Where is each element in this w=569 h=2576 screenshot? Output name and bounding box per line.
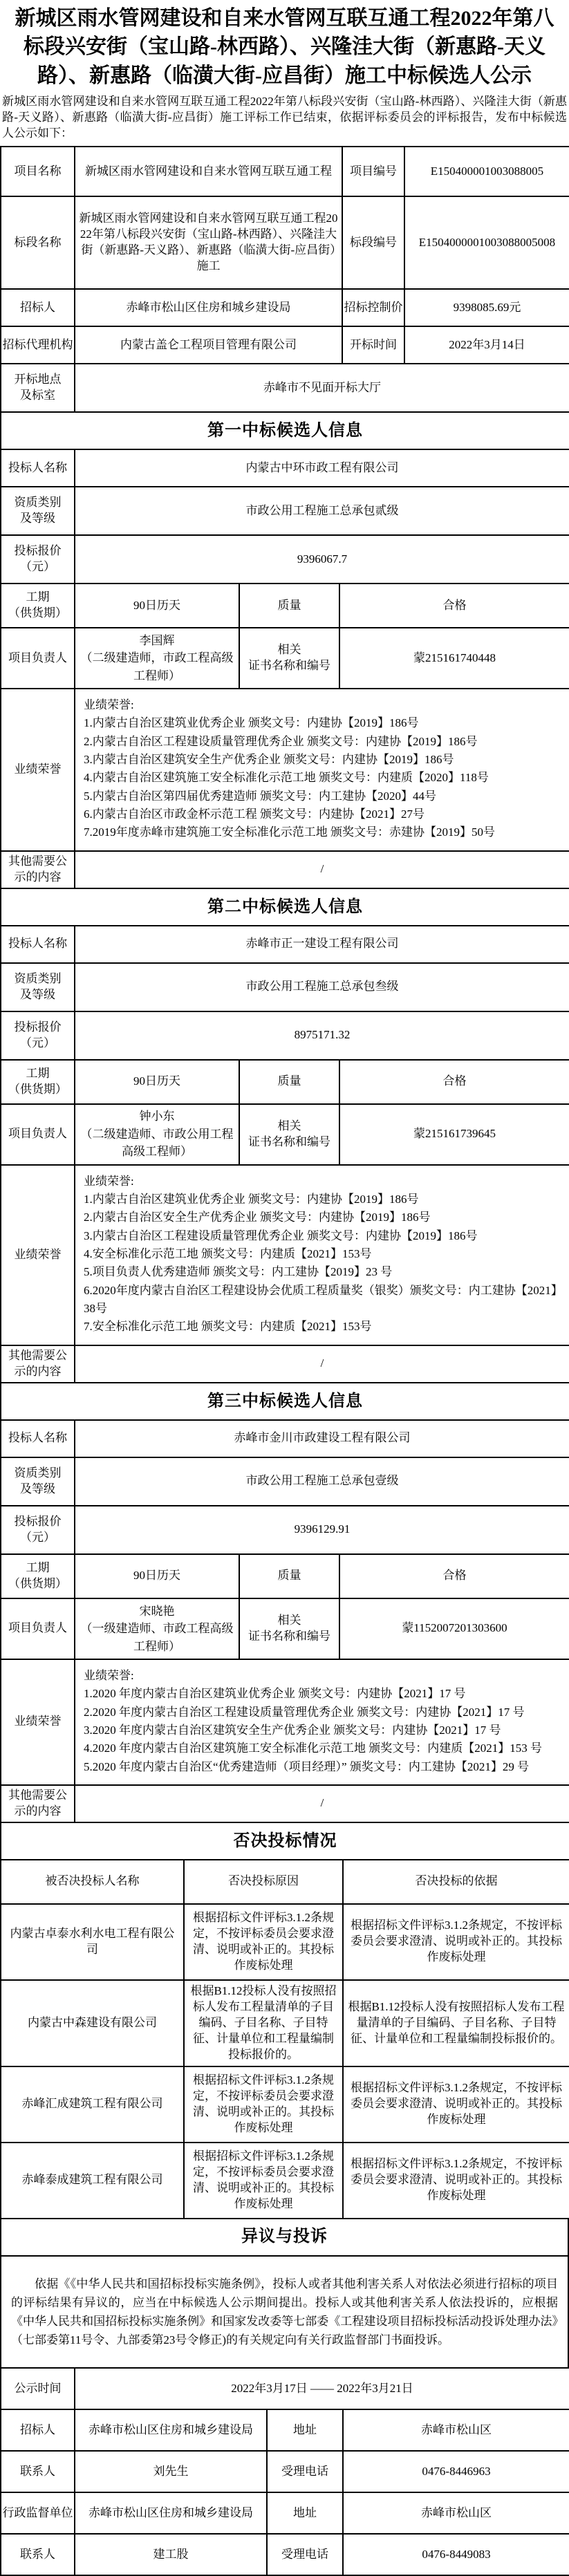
- qualification-label: 资质类别 及等级: [1, 963, 75, 1011]
- qualification-value: 市政公用工程施工总承包贰级: [75, 487, 569, 535]
- honors-list: 业绩荣誉: 1.2020 年度内蒙古自治区建筑业优秀企业 颁奖文号：内建协【20…: [75, 1659, 569, 1785]
- table-row: 第二中标候选人信息: [1, 888, 569, 926]
- table-row: 资质类别 及等级 市政公用工程施工总承包叁级: [1, 963, 569, 1011]
- page-title: 新城区雨水管网建设和自来水管网互联互通工程2022年第八标段兴安街（宝山路-林西…: [0, 0, 569, 93]
- leader-label: 项目负责人: [1, 1104, 75, 1165]
- table-row: 工期 （供货期） 90日历天 质量 合格: [1, 1554, 569, 1598]
- honor-item: 2.2020 年度内蒙古自治区工程建设质量管理优秀企业 颁奖文号：内建协【202…: [84, 1704, 562, 1721]
- footer-phone-value: 0476-8446963: [343, 2451, 569, 2492]
- cert-label: 相关 证书名称和编号: [239, 1104, 339, 1165]
- honor-item: 5.内蒙古自治区第四届优秀建造师 颁奖文号：内工建协【2020】44号: [84, 787, 562, 805]
- quality-value: 合格: [339, 1060, 569, 1104]
- footer-tenderer-value: 赤峰市松山区住房和城乡建设局: [75, 2409, 267, 2451]
- honors-title: 业绩荣誉:: [84, 1667, 562, 1685]
- intro-text: 新城区雨水管网建设和自来水管网互联互通工程2022年第八标段兴安街（宝山路-林西…: [0, 93, 569, 146]
- footer-address-label: 地址: [267, 2492, 343, 2534]
- bidder-name-value: 赤峰市正一建设工程有限公司: [75, 926, 569, 963]
- honors-title: 业绩荣誉:: [84, 1173, 562, 1191]
- cert-value: 蒙1152007201303600: [339, 1598, 569, 1659]
- honors-title: 业绩荣誉:: [84, 696, 562, 714]
- table-row: 否决投标情况: [1, 1822, 569, 1860]
- leader-name: 钟小东: [79, 1108, 235, 1126]
- table-row: 开标地点 及标室 赤峰市不见面开标大厅: [1, 364, 569, 412]
- objection-section-title: 异议与投诉: [1, 2219, 568, 2256]
- leader-name: 宋晓艳: [79, 1603, 235, 1621]
- table-row: 项目名称 新城区雨水管网建设和自来水管网互联互通工程 项目编号 E1504000…: [1, 147, 569, 196]
- candidate-2-table: 第二中标候选人信息 投标人名称 赤峰市正一建设工程有限公司 资质类别 及等级 市…: [0, 888, 569, 1383]
- table-row: 其他需要公 示的内容 /: [1, 851, 569, 888]
- honor-item: 7.安全标准化示范工地 颁奖文号：内建质【2021】153号: [84, 1318, 562, 1336]
- table-row: 联系人 建工股 受理电话 0476-8449083: [1, 2534, 569, 2575]
- bid-price-label: 投标报价 （元）: [1, 1506, 75, 1554]
- honor-item: 6.2020年度内蒙古自治区工程建设协会优质工程质量奖（银奖）颁奖文号：内工建协…: [84, 1282, 562, 1318]
- agency-label: 招标代理机构: [1, 326, 75, 364]
- honor-item: 2.内蒙古自治区工程建设质量管理优秀企业 颁奖文号：内建协【2019】186号: [84, 733, 562, 751]
- reject-reason: 根据招标文件评标3.1.2条规定，不按评标委员会要求澄清、说明或补正的。其投标作…: [184, 1904, 343, 1980]
- honor-item: 7.2019年度赤峰市建筑施工安全标准化示范工地 颁奖文号：赤建协【2019】5…: [84, 823, 562, 841]
- footer-address-value: 赤峰市松山区: [343, 2492, 569, 2534]
- footer-phone-value: 0476-8449083: [343, 2534, 569, 2575]
- quality-value: 合格: [339, 584, 569, 628]
- objection-body-cell: 依据《《中华人民共和国招标投标实施条例》，投标人或者其他利害关系人对依法必须进行…: [1, 2256, 568, 2369]
- quality-label: 质量: [239, 1554, 339, 1598]
- other-value: /: [75, 851, 569, 888]
- reject-reason: 根据B1.12投标人没有按照招标人发布工程量清单的子目编码、子目名称、子目特征、…: [184, 1980, 343, 2066]
- qualification-label: 资质类别 及等级: [1, 1457, 75, 1506]
- bidder-name-value: 内蒙古中环市政工程有限公司: [75, 449, 569, 487]
- table-row: 招标代理机构 内蒙古盖仑工程项目管理有限公司 开标时间 2022年3月14日: [1, 326, 569, 364]
- honors-label: 业绩荣誉: [1, 1659, 75, 1785]
- honor-item: 5.2020 年度内蒙古自治区“优秀建造师（项目经理）” 颁奖文号：内工建协【2…: [84, 1758, 562, 1776]
- bid-price-label: 投标报价 （元）: [1, 535, 75, 584]
- leader-title: （二级建造师、市政公用工程高级工程师）: [79, 1126, 235, 1161]
- honor-item: 6.内蒙古自治区市政金杯示范工程 颁奖文号：内建协【2021】27号: [84, 805, 562, 823]
- table-row: 投标人名称 赤峰市金川市政建设工程有限公司: [1, 1420, 569, 1457]
- tenderer-value: 赤峰市松山区住房和城乡建设局: [75, 289, 342, 326]
- footer-supervisor-label: 行政监督单位: [1, 2492, 75, 2534]
- table-row: 联系人 刘先生 受理电话 0476-8446963: [1, 2451, 569, 2492]
- candidate-1-section-title: 第一中标候选人信息: [1, 412, 569, 449]
- bid-price-label: 投标报价 （元）: [1, 1011, 75, 1060]
- bidder-name-label: 投标人名称: [1, 1420, 75, 1457]
- honors-list: 业绩荣誉: 1.内蒙古自治区建筑业优秀企业 颁奖文号：内建协【2019】186号…: [75, 689, 569, 851]
- rejection-section-title: 否决投标情况: [1, 1822, 569, 1860]
- table-row: 业绩荣誉 业绩荣誉: 1.内蒙古自治区建筑业优秀企业 颁奖文号：内建协【2019…: [1, 1165, 569, 1345]
- rejection-table: 否决投标情况 被否决投标人名称 否决投标原因 否决投标的依据 内蒙古卓泰水利水电…: [0, 1822, 569, 2219]
- open-place-label: 开标地点 及标室: [1, 364, 75, 412]
- table-row: 公示时间 2022年3月17日 —— 2022年3月21日: [1, 2368, 569, 2409]
- publicity-time-value: 2022年3月17日 —— 2022年3月21日: [75, 2368, 569, 2409]
- honor-item: 4.内蒙古自治区建筑施工安全标准化示范工地 颁奖文号：内建质【2020】118号: [84, 769, 562, 787]
- footer-phone-label: 受理电话: [267, 2534, 343, 2575]
- table-row: 第三中标候选人信息: [1, 1383, 569, 1420]
- qualification-value: 市政公用工程施工总承包壹级: [75, 1457, 569, 1506]
- reject-basis: 根据招标文件评标3.1.2条规定，不按评标委员会要求澄清、说明或补正的。其投标作…: [343, 2143, 569, 2219]
- table-row: 工期 （供货期） 90日历天 质量 合格: [1, 584, 569, 628]
- footer-address-label: 地址: [267, 2409, 343, 2451]
- cert-value: 蒙215161740448: [339, 628, 569, 689]
- cert-label: 相关 证书名称和编号: [239, 1598, 339, 1659]
- project-info-table: 项目名称 新城区雨水管网建设和自来水管网互联互通工程 项目编号 E1504000…: [0, 146, 569, 413]
- table-row: 投标人名称 赤峰市正一建设工程有限公司: [1, 926, 569, 963]
- candidate-3-table: 第三中标候选人信息 投标人名称 赤峰市金川市政建设工程有限公司 资质类别 及等级…: [0, 1382, 569, 1823]
- leader-label: 项目负责人: [1, 628, 75, 689]
- honors-label: 业绩荣誉: [1, 1165, 75, 1345]
- footer-contact-value: 建工股: [75, 2534, 267, 2575]
- honor-item: 3.内蒙古自治区工程建设质量管理优秀企业 颁奖文号：内建协【2019】186号: [84, 1227, 562, 1245]
- table-row: 内蒙古中森建设有限公司 根据B1.12投标人没有按照招标人发布工程量清单的子目编…: [1, 1980, 569, 2066]
- honor-item: 3.内蒙古自治区建筑安全生产优秀企业 颁奖文号：内建协【2019】186号: [84, 751, 562, 769]
- duration-label: 工期 （供货期）: [1, 1554, 75, 1598]
- table-row: 资质类别 及等级 市政公用工程施工总承包壹级: [1, 1457, 569, 1506]
- leader-name: 李国辉: [79, 632, 235, 650]
- section-number-label: 标段编号: [342, 196, 404, 289]
- honor-item: 4.2020 年度内蒙古自治区建筑施工安全标准化示范工地 颁奖文号：内建质【20…: [84, 1739, 562, 1757]
- quality-label: 质量: [239, 1060, 339, 1104]
- rejected-bidder-name: 内蒙古中森建设有限公司: [1, 1980, 184, 2066]
- footer-tenderer-label: 招标人: [1, 2409, 75, 2451]
- control-price-value: 9398085.69元: [404, 289, 569, 326]
- other-label: 其他需要公 示的内容: [1, 851, 75, 888]
- duration-value: 90日历天: [75, 1060, 239, 1104]
- reject-basis: 根据招标文件评标3.1.2条规定，不按评标委员会要求澄清、说明或补正的。其投标作…: [343, 2066, 569, 2143]
- table-row: 业绩荣誉 业绩荣誉: 1.2020 年度内蒙古自治区建筑业优秀企业 颁奖文号：内…: [1, 1659, 569, 1785]
- announcement-document: 新城区雨水管网建设和自来水管网互联互通工程2022年第八标段兴安街（宝山路-林西…: [0, 0, 569, 2576]
- bidder-name-label: 投标人名称: [1, 449, 75, 487]
- reject-reason: 根据招标文件评标3.1.2条规定，不按评标委员会要求澄清、说明或补正的。其投标作…: [184, 2143, 343, 2219]
- other-value: /: [75, 1345, 569, 1383]
- table-row: 异议与投诉: [1, 2219, 568, 2256]
- other-value: /: [75, 1785, 569, 1822]
- leader-value: 钟小东 （二级建造师、市政公用工程高级工程师）: [75, 1104, 239, 1165]
- rejected-bidder-name: 内蒙古卓泰水利水电工程有限公司: [1, 1904, 184, 1980]
- duration-value: 90日历天: [75, 584, 239, 628]
- bidder-name-value: 赤峰市金川市政建设工程有限公司: [75, 1420, 569, 1457]
- reject-basis: 根据B1.12投标人没有按照招标人发布工程量清单的子目编码、子目名称、子目特征、…: [343, 1980, 569, 2066]
- footer-contact-label: 联系人: [1, 2534, 75, 2575]
- duration-value: 90日历天: [75, 1554, 239, 1598]
- table-row: 项目负责人 宋晓艳 （一级建造师、市政工程高级工程师） 相关 证书名称和编号 蒙…: [1, 1598, 569, 1659]
- reject-reason: 根据招标文件评标3.1.2条规定，不按评标委员会要求澄清、说明或补正的。其投标作…: [184, 2066, 343, 2143]
- leader-title: （一级建造师、市政工程高级工程师）: [79, 1620, 235, 1655]
- honor-item: 1.2020 年度内蒙古自治区建筑业优秀企业 颁奖文号：内建协【2021】17 …: [84, 1685, 562, 1703]
- candidate-2-section-title: 第二中标候选人信息: [1, 888, 569, 926]
- footer-contact-value: 刘先生: [75, 2451, 267, 2492]
- qualification-value: 市政公用工程施工总承包叁级: [75, 963, 569, 1011]
- reject-basis-header: 否决投标的依据: [343, 1860, 569, 1904]
- honor-item: 5.项目负责人优秀建造师 颁奖文号：内工建协【2019】23 号: [84, 1263, 562, 1281]
- tenderer-label: 招标人: [1, 289, 75, 326]
- candidate-3-section-title: 第三中标候选人信息: [1, 1383, 569, 1420]
- project-number-value: E150400001003088005: [404, 147, 569, 196]
- table-row: 招标人 赤峰市松山区住房和城乡建设局 招标控制价 9398085.69元: [1, 289, 569, 326]
- agency-value: 内蒙古盖仑工程项目管理有限公司: [75, 326, 342, 364]
- table-row: 工期 （供货期） 90日历天 质量 合格: [1, 1060, 569, 1104]
- table-row: 行政监督单位 赤峰市松山区住房和城乡建设局 地址 赤峰市松山区: [1, 2492, 569, 2534]
- table-row: 依据《《中华人民共和国招标投标实施条例》，投标人或者其他利害关系人对依法必须进行…: [1, 2256, 568, 2369]
- footer-contact-table: 公示时间 2022年3月17日 —— 2022年3月21日 招标人 赤峰市松山区…: [0, 2367, 569, 2576]
- leader-label: 项目负责人: [1, 1598, 75, 1659]
- other-label: 其他需要公 示的内容: [1, 1345, 75, 1383]
- table-row: 赤峰汇成建筑工程有限公司 根据招标文件评标3.1.2条规定，不按评标委员会要求澄…: [1, 2066, 569, 2143]
- quality-value: 合格: [339, 1554, 569, 1598]
- rejected-name-header: 被否决投标人名称: [1, 1860, 184, 1904]
- duration-label: 工期 （供货期）: [1, 584, 75, 628]
- honors-list: 业绩荣誉: 1.内蒙古自治区建筑业优秀企业 颁奖文号：内建协【2019】186号…: [75, 1165, 569, 1345]
- rejected-bidder-name: 赤峰泰成建筑工程有限公司: [1, 2143, 184, 2219]
- table-row: 投标报价 （元） 9396067.7: [1, 535, 569, 584]
- cert-label: 相关 证书名称和编号: [239, 628, 339, 689]
- section-name-label: 标段名称: [1, 196, 75, 289]
- rejected-bidder-name: 赤峰汇成建筑工程有限公司: [1, 2066, 184, 2143]
- cert-value: 蒙215161739645: [339, 1104, 569, 1165]
- section-number-value: E1504000001003088005008: [404, 196, 569, 289]
- duration-label: 工期 （供货期）: [1, 1060, 75, 1104]
- project-number-label: 项目编号: [342, 147, 404, 196]
- other-label: 其他需要公 示的内容: [1, 1785, 75, 1822]
- table-row: 项目负责人 钟小东 （二级建造师、市政公用工程高级工程师） 相关 证书名称和编号…: [1, 1104, 569, 1165]
- project-name-value: 新城区雨水管网建设和自来水管网互联互通工程: [75, 147, 342, 196]
- open-place-value: 赤峰市不见面开标大厅: [75, 364, 569, 412]
- table-row: 项目负责人 李国辉 （二级建造师，市政工程高级工程师） 相关 证书名称和编号 蒙…: [1, 628, 569, 689]
- table-row: 内蒙古卓泰水利水电工程有限公司 根据招标文件评标3.1.2条规定，不按评标委员会…: [1, 1904, 569, 1980]
- table-row: 被否决投标人名称 否决投标原因 否决投标的依据: [1, 1860, 569, 1904]
- footer-phone-label: 受理电话: [267, 2451, 343, 2492]
- open-time-value: 2022年3月14日: [404, 326, 569, 364]
- footer-contact-label: 联系人: [1, 2451, 75, 2492]
- project-name-label: 项目名称: [1, 147, 75, 196]
- table-row: 标段名称 新城区雨水管网建设和自来水管网互联互通工程2022年第八标段兴安街（宝…: [1, 196, 569, 289]
- table-row: 其他需要公 示的内容 /: [1, 1785, 569, 1822]
- quality-label: 质量: [239, 584, 339, 628]
- honors-label: 业绩荣誉: [1, 689, 75, 851]
- leader-value: 李国辉 （二级建造师，市政工程高级工程师）: [75, 628, 239, 689]
- honor-item: 1.内蒙古自治区建筑业优秀企业 颁奖文号：内建协【2019】186号: [84, 714, 562, 732]
- table-row: 投标报价 （元） 8975171.32: [1, 1011, 569, 1060]
- table-row: 第一中标候选人信息: [1, 412, 569, 449]
- honor-item: 2.内蒙古自治区安全生产优秀企业 颁奖文号：内建协【2019】186号: [84, 1208, 562, 1226]
- leader-title: （二级建造师，市政工程高级工程师）: [79, 649, 235, 684]
- honor-item: 4.安全标准化示范工地 颁奖文号：内建质【2021】153号: [84, 1245, 562, 1263]
- qualification-label: 资质类别 及等级: [1, 487, 75, 535]
- table-row: 业绩荣誉 业绩荣誉: 1.内蒙古自治区建筑业优秀企业 颁奖文号：内建协【2019…: [1, 689, 569, 851]
- table-row: 招标人 赤峰市松山区住房和城乡建设局 地址 赤峰市松山区: [1, 2409, 569, 2451]
- leader-value: 宋晓艳 （一级建造师、市政工程高级工程师）: [75, 1598, 239, 1659]
- table-row: 其他需要公 示的内容 /: [1, 1345, 569, 1383]
- honor-item: 1.内蒙古自治区建筑业优秀企业 颁奖文号：内建协【2019】186号: [84, 1191, 562, 1208]
- table-row: 赤峰泰成建筑工程有限公司 根据招标文件评标3.1.2条规定，不按评标委员会要求澄…: [1, 2143, 569, 2219]
- footer-supervisor-value: 赤峰市松山区住房和城乡建设局: [75, 2492, 267, 2534]
- publicity-time-label: 公示时间: [1, 2368, 75, 2409]
- objection-body: 依据《《中华人民共和国招标投标实施条例》，投标人或者其他利害关系人对依法必须进行…: [11, 2275, 558, 2350]
- reject-reason-header: 否决投标原因: [184, 1860, 343, 1904]
- reject-basis: 根据招标文件评标3.1.2条规定，不按评标委员会要求澄清、说明或补正的。其投标作…: [343, 1904, 569, 1980]
- section-name-value: 新城区雨水管网建设和自来水管网互联互通工程2022年第八标段兴安街（宝山路-林西…: [75, 196, 342, 289]
- bidder-name-label: 投标人名称: [1, 926, 75, 963]
- footer-address-value: 赤峰市松山区: [343, 2409, 569, 2451]
- bid-price-value: 9396067.7: [75, 535, 569, 584]
- bid-price-value: 9396129.91: [75, 1506, 569, 1554]
- open-time-label: 开标时间: [342, 326, 404, 364]
- bid-price-value: 8975171.32: [75, 1011, 569, 1060]
- objection-table: 异议与投诉 依据《《中华人民共和国招标投标实施条例》，投标人或者其他利害关系人对…: [0, 2218, 569, 2369]
- control-price-label: 招标控制价: [342, 289, 404, 326]
- candidate-1-table: 第一中标候选人信息 投标人名称 内蒙古中环市政工程有限公司 资质类别 及等级 市…: [0, 411, 569, 889]
- table-row: 资质类别 及等级 市政公用工程施工总承包贰级: [1, 487, 569, 535]
- honor-item: 3.2020 年度内蒙古自治区建筑安全生产优秀企业 颁奖文号：内建协【2021】…: [84, 1721, 562, 1739]
- table-row: 投标报价 （元） 9396129.91: [1, 1506, 569, 1554]
- table-row: 投标人名称 内蒙古中环市政工程有限公司: [1, 449, 569, 487]
